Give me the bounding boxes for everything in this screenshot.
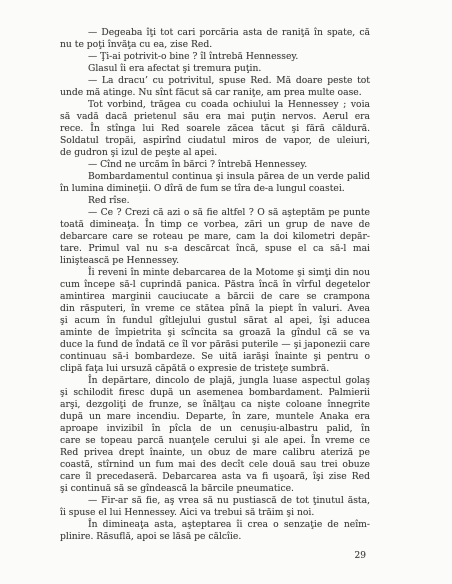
text-line: Bombardamentul continua şi insula părea … [60, 171, 370, 183]
text-line: — Cînd ne urcăm în bărci ? întrebă Henne… [60, 159, 370, 171]
text-line: arşi, dezgoliţi de frunze, se înălţau ca… [60, 399, 370, 411]
text-line: În depărtare, dincolo de plajă, jungla l… [60, 375, 370, 387]
paragraph: Tot vorbind, trăgea cu coada ochiului la… [60, 99, 370, 159]
paragraph: Îi reveni în minte debarcarea de la Moto… [60, 267, 370, 375]
text-line: — Ţi-ai potrivit-o bine ? îl întrebă Hen… [60, 51, 370, 63]
text-line: de gudron şi izul de peşte al apei. [60, 147, 370, 159]
text-line: nu te poţi învăţa cu ea, zise Red. [60, 39, 370, 51]
book-page: — Degeaba îţi tot cari porcăria asta de … [0, 0, 452, 584]
text-line: tare. Primul val nu s-a descărcat încă, … [60, 243, 370, 255]
paragraph: Red rîse. [60, 195, 370, 207]
text-line: — Degeaba îţi tot cari porcăria asta de … [60, 27, 370, 39]
paragraph: — Degeaba îţi tot cari porcăria asta de … [60, 27, 370, 51]
text-line: debarcare care se roteau pe mare, cam la… [60, 231, 370, 243]
text-line: amintirea marginii cauciucate a bărcii d… [60, 291, 370, 303]
paragraph: — Ţi-ai potrivit-o bine ? îl întrebă Hen… [60, 51, 370, 63]
paragraph: Bombardamentul continua şi insula părea … [60, 171, 370, 195]
text-line: Tot vorbind, trăgea cu coada ochiului la… [60, 99, 370, 111]
text-line: aminte de împietrita şi scîncita sa groa… [60, 327, 370, 339]
text-line: după un mare incendiu. Departe, în zare,… [60, 411, 370, 423]
page-text: — Degeaba îţi tot cari porcăria asta de … [60, 27, 370, 543]
paragraph: — Ce ? Crezi că azi o să fie altfel ? O … [60, 207, 370, 267]
text-line: plinire. Răsuflă, apoi se lăsă pe călcîi… [60, 531, 370, 543]
text-line: să vadă dacă prietenul său era mai puţin… [60, 111, 370, 123]
text-line: clipă faţa lui ursuză căpătă o expresie … [60, 363, 370, 375]
paragraph: — Cînd ne urcăm în bărci ? întrebă Henne… [60, 159, 370, 171]
text-line: care se topeau parcă nuanţele cerului şi… [60, 435, 370, 447]
text-line: şi schilodit firesc după un asemenea bom… [60, 387, 370, 399]
page-number: 29 [60, 550, 366, 562]
text-line: coastă, stîrnind un fum mai des decît ce… [60, 459, 370, 471]
text-line: şi continuă să se gîndească la bărcile p… [60, 483, 370, 495]
text-line: în lumina dimineţii. O dîră de fum se tî… [60, 183, 370, 195]
text-line: rece. În stînga lui Red soarele zăcea tă… [60, 123, 370, 135]
text-line: Glasul îi era afectat şi tremura puţin. [60, 63, 370, 75]
text-line: aproape invizibil în pîcla de un cenuşiu… [60, 423, 370, 435]
text-line: care îl precedaseră. Debarcarea asta va … [60, 471, 370, 483]
text-line: unde mă atinge. Nu sînt făcut să car ran… [60, 87, 370, 99]
text-line: Îi reveni în minte debarcarea de la Moto… [60, 267, 370, 279]
paragraph: În dimineaţa asta, aşteptarea îi crea o … [60, 519, 370, 543]
text-line: — Fir-ar să fie, aş vrea să nu pustiască… [60, 495, 370, 507]
text-line: îi spuse el lui Hennessey. Aici va trebu… [60, 507, 370, 519]
text-line: continuau să-i bombardeze. Se uită iarăş… [60, 351, 370, 363]
text-line: toată dimineaţa. În timp ce vorbea, zări… [60, 219, 370, 231]
paragraph: — La dracu’ cu potrivitul, spuse Red. Mă… [60, 75, 370, 99]
text-line: cum începe să-l cuprindă panica. Păstra … [60, 279, 370, 291]
text-line: Soldatul tropăi, aspirînd ciudatul miros… [60, 135, 370, 147]
text-line: — Ce ? Crezi că azi o să fie altfel ? O … [60, 207, 370, 219]
paragraph: — Fir-ar să fie, aş vrea să nu pustiască… [60, 495, 370, 519]
paragraph: Glasul îi era afectat şi tremura puţin. [60, 63, 370, 75]
text-line: duce la fund de îndată ce îl vor părăsi … [60, 339, 370, 351]
text-line: din răsputeri, în vreme ce stătea pînă l… [60, 303, 370, 315]
text-line: În dimineaţa asta, aşteptarea îi crea o … [60, 519, 370, 531]
text-line: Red rîse. [60, 195, 370, 207]
text-line: şi acum în fundul gîtlejului gustul săra… [60, 315, 370, 327]
text-line: liniştească pe Hennessey. [60, 255, 370, 267]
text-line: Red privea drept înainte, un obuz de mar… [60, 447, 370, 459]
text-line: — La dracu’ cu potrivitul, spuse Red. Mă… [60, 75, 370, 87]
paragraph: În depărtare, dincolo de plajă, jungla l… [60, 375, 370, 495]
